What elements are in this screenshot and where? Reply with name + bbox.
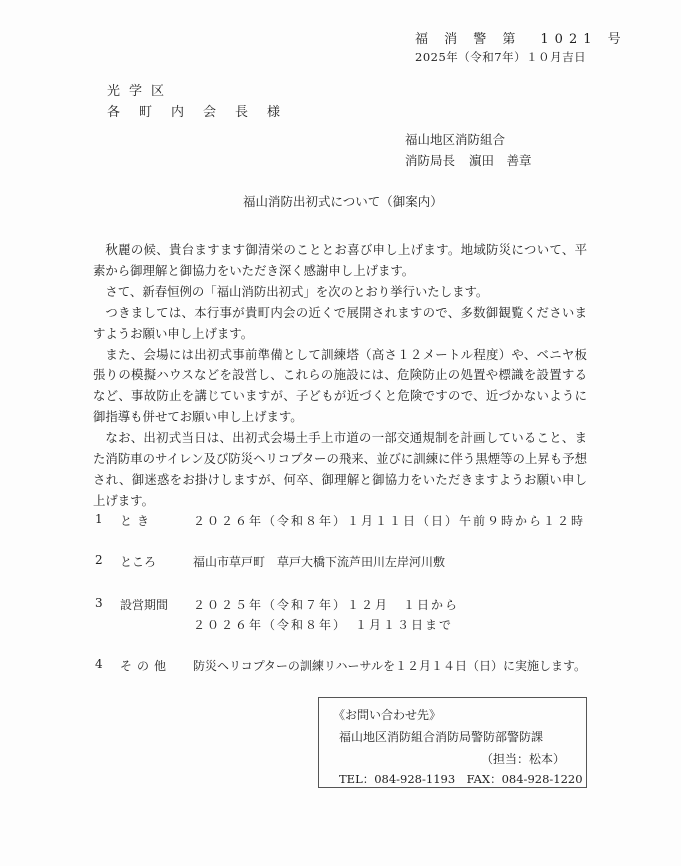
item-label: その他 [120, 657, 171, 674]
document-title: 福山消防出初式について（御案内） [243, 192, 443, 210]
body-paragraph: また、会場には出初式事前準備として訓練塔（高さ１２メートル程度）や、ベニヤ板張り… [93, 345, 587, 429]
addressee-recipients: 各町内会長様 [107, 101, 299, 120]
body-paragraph: なお、出初式当日は、出初式会場土手上市道の一部交通規制を計画していること、また消… [93, 428, 587, 512]
item-label: ところ [120, 553, 156, 570]
contact-person: （担当：松本） [481, 750, 565, 767]
item-number: 1 [95, 512, 103, 526]
item-value: 福山市草戸町 草戸大橋下流芦田川左岸河川敷 [193, 553, 445, 570]
contact-info-box: 《お問い合わせ先》 福山地区消防組合消防局警防部警防課 （担当：松本） TEL：… [318, 697, 587, 788]
contact-heading: 《お問い合わせ先》 [333, 706, 441, 723]
item-label: とき [120, 512, 154, 529]
contact-phone-fax: TEL：084-928-1193 FAX：084-928-1220 [339, 771, 583, 787]
item-value: ２０２５年（令和７年）１２月 １日から [193, 596, 459, 613]
addressee-district: 光学区 [107, 80, 173, 99]
item-value: ２０２６年（令和８年）１月１１日（日）午前９時から１２時 [193, 512, 585, 529]
sender-title: 消防局長 [405, 153, 455, 168]
item-number: 2 [95, 553, 103, 567]
body-paragraph: つきましては、本行事が貴町内会の近くで展開されますので、多数御観覧くださいますよ… [93, 303, 587, 345]
body-paragraph: さて、新春恒例の「福山消防出初式」を次のとおり挙行いたします。 [93, 282, 587, 303]
body-text: 秋麗の候、貴台ますます御清栄のこととお喜び申し上げます。地域防災について、平素か… [93, 240, 587, 512]
sender-organization: 福山地区消防組合 [405, 130, 505, 148]
document-date: 2025年（令和7年）１０月吉日 [415, 49, 586, 65]
sender-signature: 消防局長濵田 善章 [405, 151, 546, 169]
contact-department: 福山地区消防組合消防局警防部警防課 [339, 728, 543, 745]
document-page: 福 消 警 第 1021 号 2025年（令和7年）１０月吉日 光学区 各町内会… [0, 0, 681, 866]
item-value: 防災ヘリコプターの訓練リハーサルを１２月１４日（日）に実施します。 [193, 657, 586, 674]
document-number: 福 消 警 第 1021 号 [415, 28, 627, 47]
body-paragraph: 秋麗の候、貴台ますます御清栄のこととお喜び申し上げます。地域防災について、平素か… [93, 240, 587, 282]
item-number: 3 [95, 596, 103, 610]
item-value: ２０２６年（令和８年） １月１３日まで [193, 616, 453, 633]
item-number: 4 [95, 657, 103, 671]
item-label: 設営期間 [120, 596, 168, 613]
sender-name: 濵田 善章 [469, 153, 532, 168]
